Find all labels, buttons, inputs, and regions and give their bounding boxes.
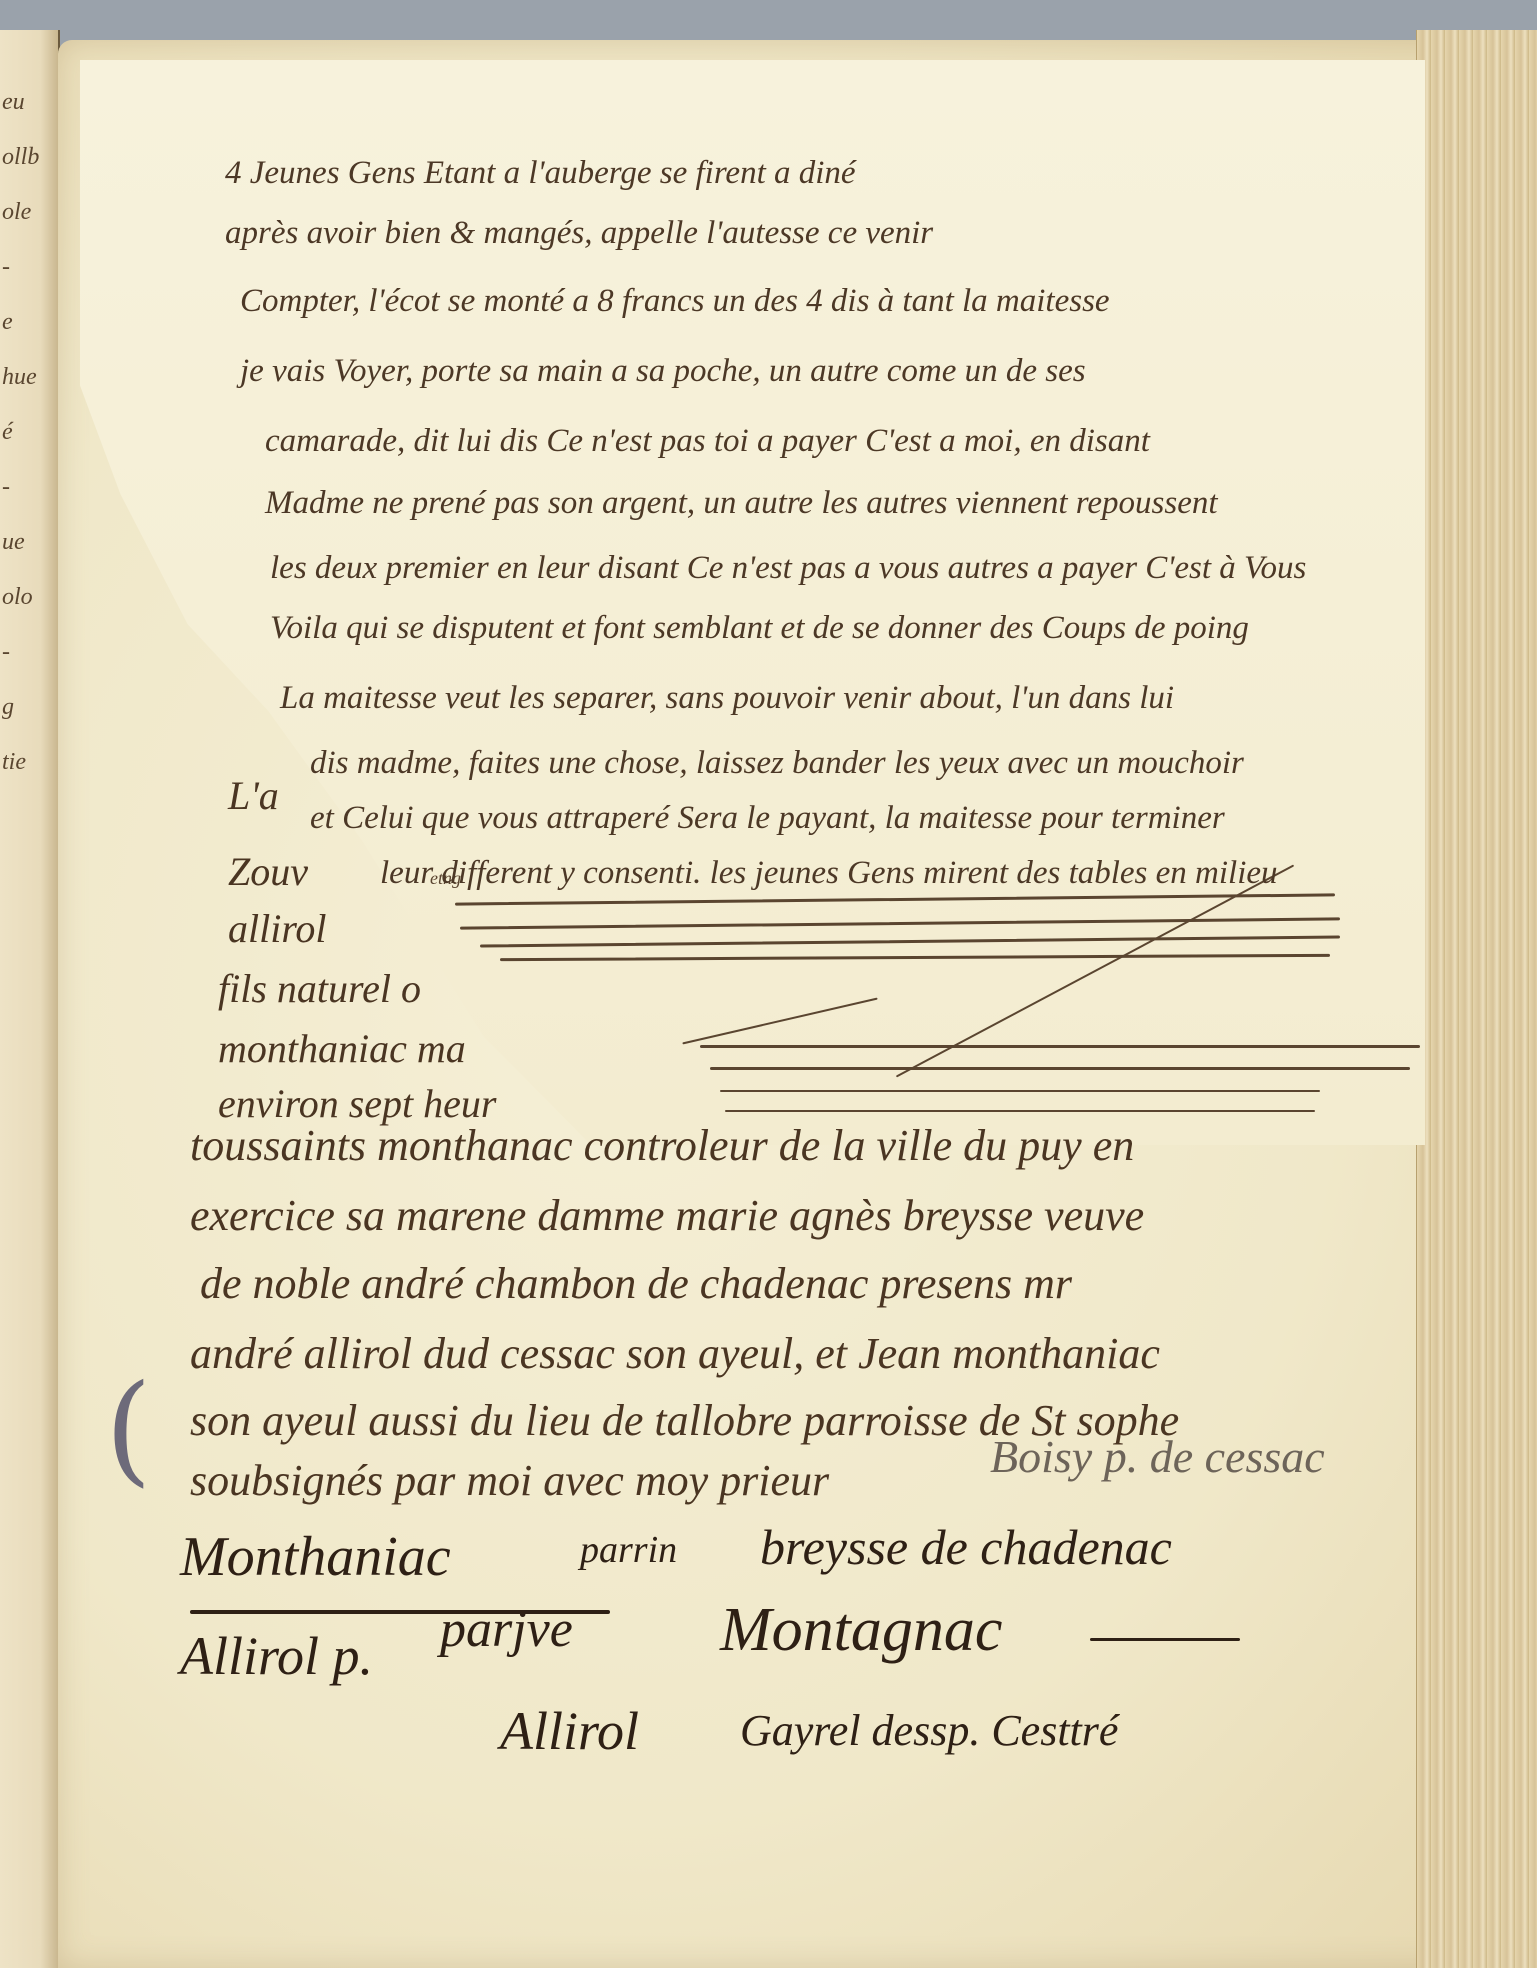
signature-flourish <box>1090 1638 1240 1641</box>
signature-monthaniac: Monthaniac <box>180 1525 451 1589</box>
page-edges <box>1416 30 1537 1968</box>
ruled-line <box>480 935 1340 947</box>
slip-line: leur different y consenti. les jeunes Ge… <box>380 855 1278 892</box>
register-line: soubsignés par moi avec moy prieur <box>190 1455 829 1506</box>
slip-line: 4 Jeunes Gens Etant a l'auberge se firen… <box>225 155 856 192</box>
signature-vicaire: Gayrel dessp. Cesttré <box>740 1705 1118 1756</box>
slip-line: et Celui que vous attraperé Sera le paya… <box>310 800 1225 837</box>
left-facing-page: euollbole-ehueé-ueolo-gtie <box>0 30 60 1968</box>
margin-fragment: tie <box>2 750 56 774</box>
underlying-word: allirol <box>228 905 327 952</box>
manuscript-scan: euollbole-ehueé-ueolo-gtie L'a Zouv alli… <box>0 0 1537 1968</box>
slip-line: après avoir bien & mangés, appelle l'aut… <box>225 215 933 252</box>
parrin-label: parrin <box>580 1528 677 1572</box>
ruled-line <box>460 917 1340 929</box>
underlying-word: fils naturel o <box>218 965 421 1012</box>
signature-allirol-pere: Allirol p. <box>180 1625 373 1687</box>
signature-breysse: breysse de chadenac <box>760 1518 1172 1576</box>
slip-line: dis madme, faites une chose, laissez ban… <box>310 745 1244 782</box>
slip-line: les deux premier en leur disant Ce n'est… <box>270 550 1306 587</box>
margin-fragment: é <box>2 420 56 444</box>
slip-line: camarade, dit lui dis Ce n'est pas toi a… <box>265 423 1150 460</box>
margin-fragment: - <box>2 475 56 499</box>
underlying-word: Zouv <box>228 848 308 895</box>
register-line: exercice sa marene damme marie agnès bre… <box>190 1190 1144 1241</box>
margin-fragment: - <box>2 255 56 279</box>
margin-fragment: - <box>2 640 56 664</box>
slip-line: je vais Voyer, porte sa main a sa poche,… <box>240 353 1086 390</box>
ruled-line <box>720 1090 1320 1092</box>
underlying-word: monthaniac ma <box>218 1025 466 1072</box>
margin-fragment: hue <box>2 365 56 389</box>
ruled-line <box>710 1067 1410 1070</box>
slip-line: Madme ne prené pas son argent, un autre … <box>265 485 1218 522</box>
diagonal-stroke <box>682 998 877 1045</box>
slip-line: La maitesse veut les separer, sans pouvo… <box>280 680 1174 717</box>
underlying-word: L'a <box>228 772 279 819</box>
signature-montagnac: Montagnac <box>720 1595 1002 1666</box>
margin-fragment: ole <box>2 200 56 224</box>
margin-fragment: e <box>2 310 56 334</box>
margin-fragment: eu <box>2 90 56 114</box>
signature-boissy: Boisy p. de cessac <box>990 1430 1325 1483</box>
register-line: toussaints monthanac controleur de la vi… <box>190 1120 1134 1171</box>
margin-fragment: ue <box>2 530 56 554</box>
ruled-line <box>455 893 1335 905</box>
ruled-line <box>700 1045 1420 1048</box>
margin-bracket: ( <box>105 1360 152 1499</box>
register-line: andré allirol dud cessac son ayeul, et J… <box>190 1328 1160 1379</box>
slip-line: Voila qui se disputent et font semblant … <box>270 610 1249 647</box>
margin-fragment: g <box>2 695 56 719</box>
parraine-label: parjve <box>440 1600 573 1659</box>
ruled-line <box>500 954 1330 961</box>
register-line: de noble andré chambon de chadenac prese… <box>200 1258 1072 1309</box>
ruled-line <box>725 1110 1315 1112</box>
slip-line: Compter, l'écot se monté a 8 francs un d… <box>240 283 1110 320</box>
margin-fragment: olo <box>2 585 56 609</box>
margin-fragment: ollb <box>2 145 56 169</box>
signature-allirol: Allirol <box>500 1700 639 1762</box>
